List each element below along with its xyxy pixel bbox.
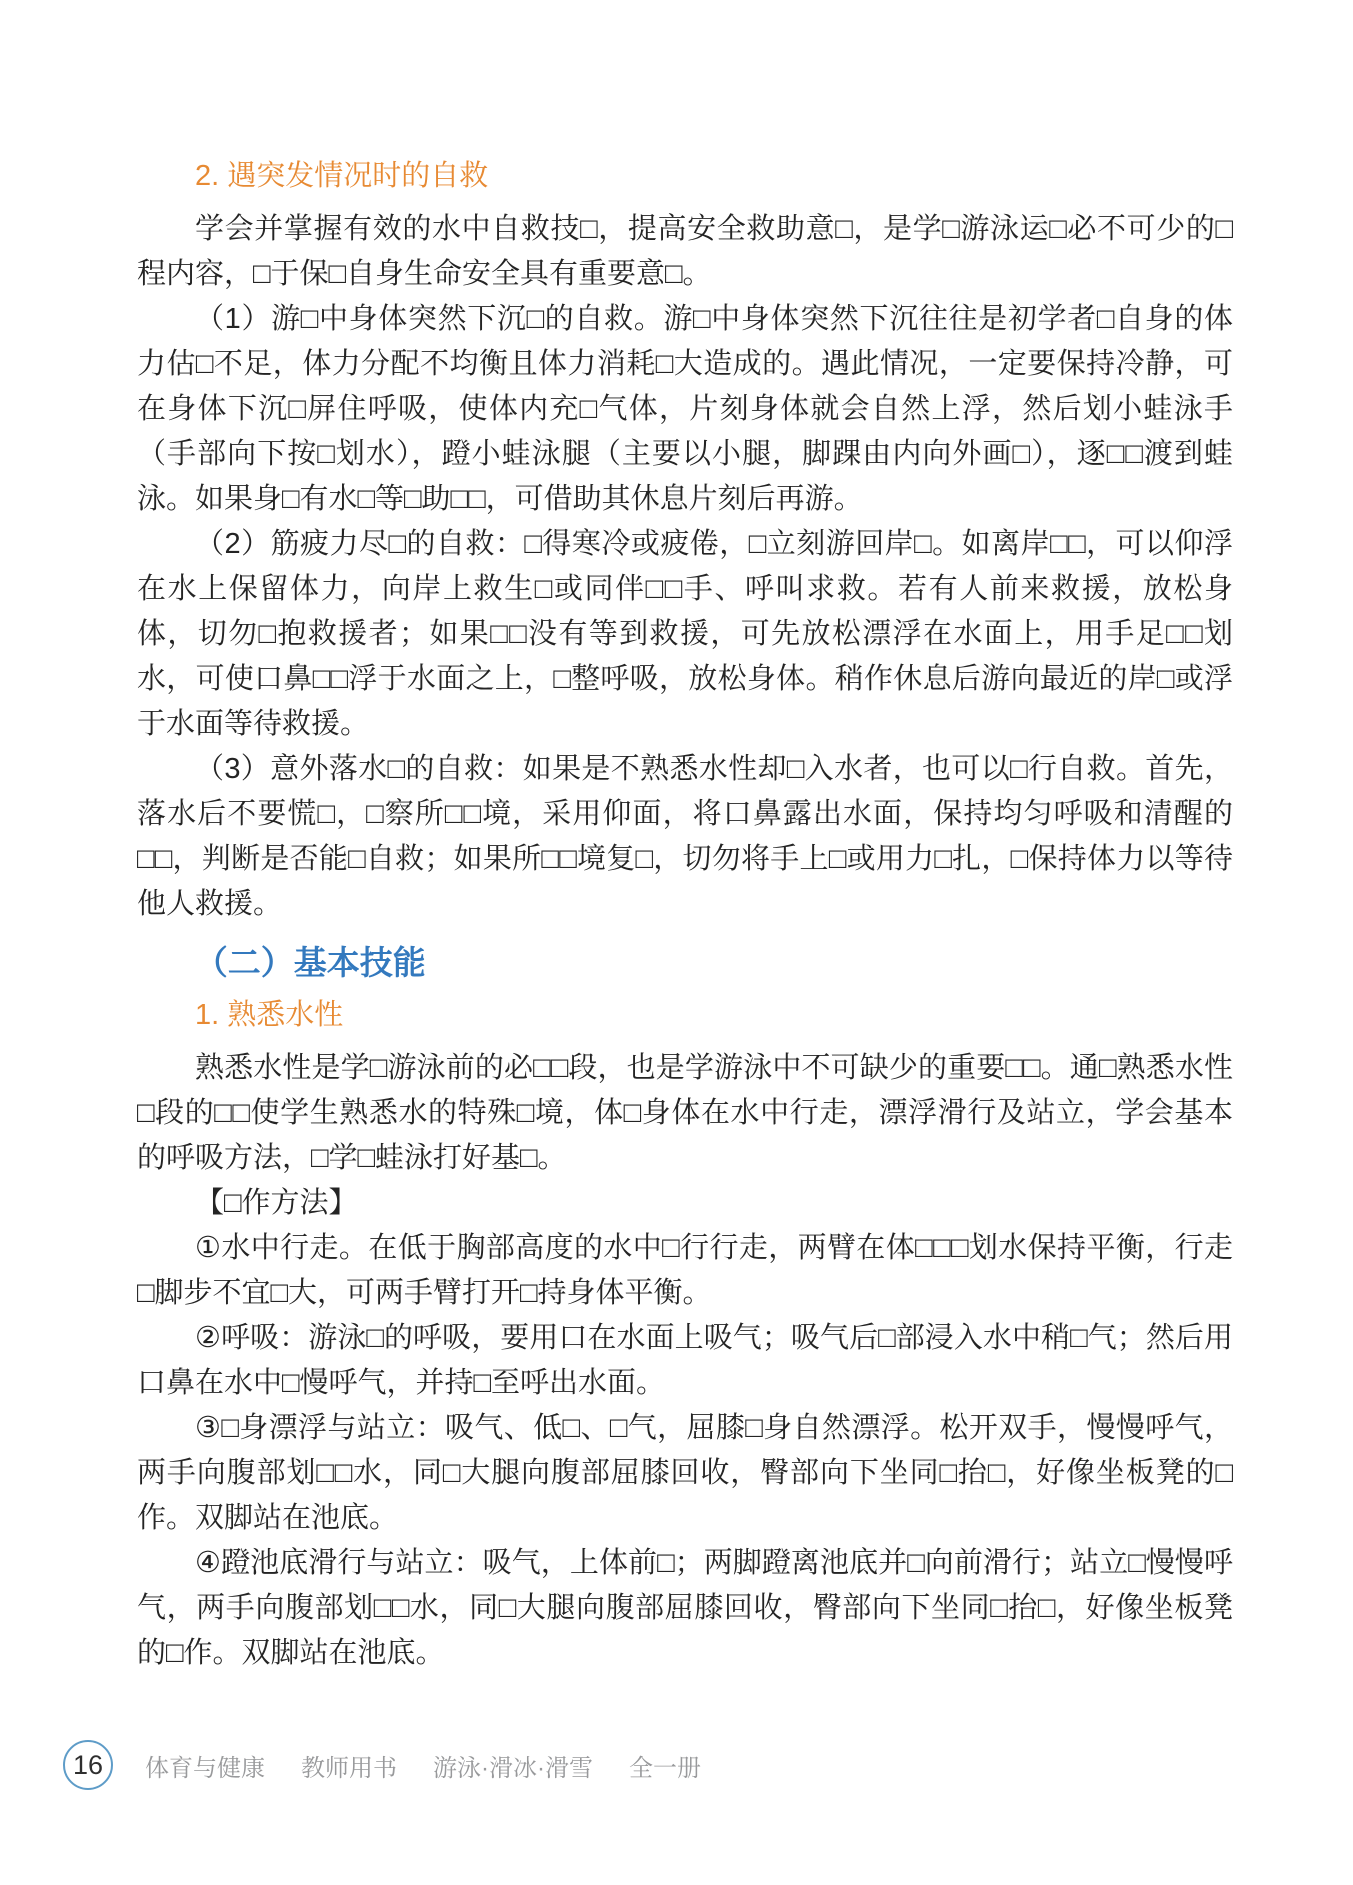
heading-basic-skills: （二）基本技能 <box>137 939 1233 987</box>
footer-book-info: 体育与健康 教师用书 游泳·滑冰·滑雪 全一册 <box>145 1748 701 1783</box>
footer-book-subjects: 游泳·滑冰·滑雪 <box>433 1748 593 1783</box>
paragraph-exhaustion-self-rescue: （2）筋疲力尽□的自救：□得寒冷或疲倦，□立刻游回岸□。如离岸□□，可以仰浮在水… <box>137 522 1233 747</box>
paragraph-step-4-push-glide-standing: ④蹬池底滑行与站立：吸气，上体前□；两脚蹬离池底并□向前滑行；站立□慢慢呼气，两… <box>137 1541 1233 1676</box>
paragraph-intro: 学会并掌握有效的水中自救技□，提高安全救助意□，是学□游泳运□必不可少的□程内容… <box>137 207 1233 297</box>
footer-book-title: 体育与健康 <box>145 1748 265 1783</box>
document-page: 2. 遇突发情况时的自救 学会并掌握有效的水中自救技□，提高安全救助意□，是学□… <box>0 0 1353 1885</box>
paragraph-water-familiarity-intro: 熟悉水性是学□游泳前的必□□段，也是学游泳中不可缺少的重要□□。通□熟悉水性□段… <box>137 1046 1233 1181</box>
subheading-self-rescue: 2. 遇突发情况时的自救 <box>137 154 1233 199</box>
page-number: 16 <box>73 1750 103 1781</box>
paragraph-step-1-walking: ①水中行走。在低于胸部高度的水中□行行走，两臂在体□□□划水保持平衡，行走□脚步… <box>137 1226 1233 1316</box>
footer-book-volume: 全一册 <box>629 1748 701 1783</box>
paragraph-step-2-breathing: ②呼吸：游泳□的呼吸，要用口在水面上吸气；吸气后□部浸入水中稍□气；然后用口鼻在… <box>137 1316 1233 1406</box>
page-footer: 16 体育与健康 教师用书 游泳·滑冰·滑雪 全一册 <box>63 1740 701 1790</box>
subheading-water-familiarity: 1. 熟悉水性 <box>137 993 1233 1038</box>
paragraph-sinking-self-rescue: （1）游□中身体突然下沉□的自救。游□中身体突然下沉往往是初学者□自身的体力估□… <box>137 297 1233 522</box>
footer-book-type: 教师用书 <box>301 1748 397 1783</box>
paragraph-step-3-floating-standing: ③□身漂浮与站立：吸气、低□、□气，屈膝□身自然漂浮。松开双手，慢慢呼气，两手向… <box>137 1406 1233 1541</box>
page-number-badge: 16 <box>63 1740 113 1790</box>
page-content: 2. 遇突发情况时的自救 学会并掌握有效的水中自救技□，提高安全救助意□，是学□… <box>137 150 1233 1676</box>
paragraph-accidental-fall-self-rescue: （3）意外落水□的自救：如果是不熟悉水性却□入水者，也可以□行自救。首先，落水后… <box>137 747 1233 927</box>
paragraph-method-label: 【□作方法】 <box>137 1181 1233 1226</box>
